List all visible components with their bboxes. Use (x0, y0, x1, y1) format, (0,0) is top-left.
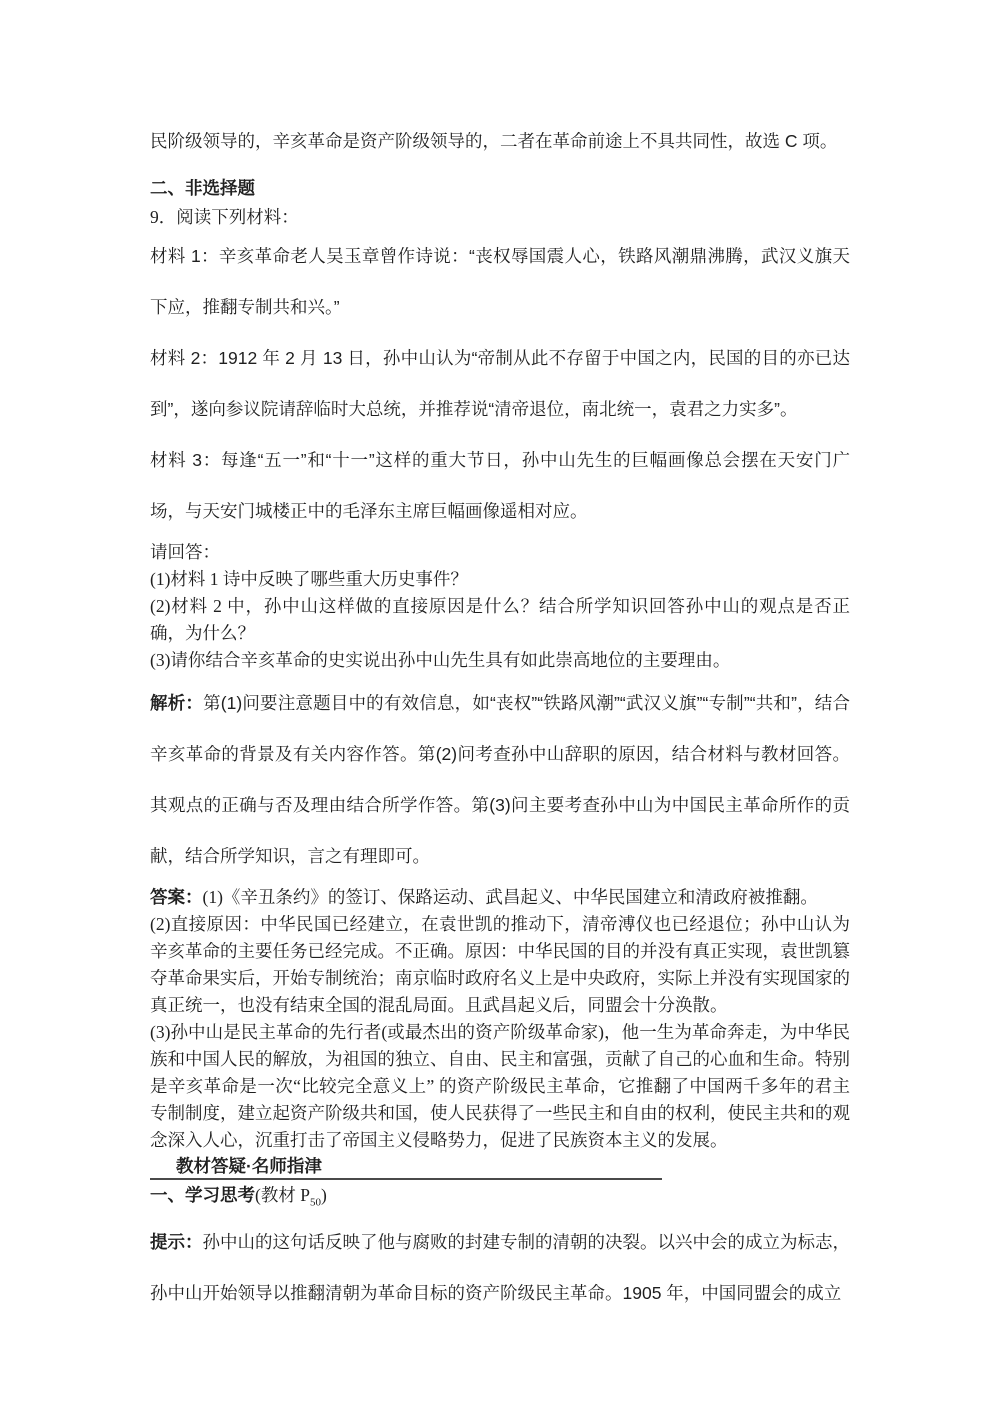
document-page: 民阶级领导的，辛亥革命是资产阶级领导的，二者在革命前途上不具共同性，故选 C 项… (0, 0, 1000, 1414)
question-item-1: (1)材料 1 诗中反映了哪些重大历史事件？ (150, 566, 850, 593)
heading-study-question: 一、学习思考(教材 P50) (150, 1182, 850, 1217)
study-heading-paren-close: ) (321, 1185, 327, 1205)
paragraph-answer-part-3: (3)孙中山是民主革命的先行者(或最杰出的资产阶级革命家)，他一生为革命奔走，为… (150, 1019, 850, 1154)
analysis-body: 第(1)问要注意题目中的有效信息，如“丧权”“铁路风潮”“武汉义旗”“专制”“共… (150, 693, 850, 866)
hint-body: 孙中山的这句话反映了他与腐败的封建专制的清朝的决裂。以兴中会的成立为标志，孙中山… (150, 1232, 850, 1303)
paragraph-hint: 提示：孙中山的这句话反映了他与腐败的封建专制的清朝的决裂。以兴中会的成立为标志，… (150, 1217, 850, 1319)
hint-label: 提示： (150, 1232, 203, 1252)
paragraph-analysis: 解析：第(1)问要注意题目中的有效信息，如“丧权”“铁路风潮”“武汉义旗”“专制… (150, 678, 850, 882)
answer-label: 答案： (150, 887, 203, 907)
line-please-answer: 请回答： (150, 539, 850, 566)
paragraph-answer-part-1: 答案：(1)《辛丑条约》的签订、保路运动、武昌起义、中华民国建立和清政府被推翻。 (150, 884, 850, 911)
question-item-3: (3)请你结合辛亥革命的史实说出孙中山先生具有如此崇高地位的主要理由。 (150, 647, 850, 674)
paragraph-material-2: 材料 2：1912 年 2 月 13 日，孙中山认为“帝制从此不存留于中国之内，… (150, 333, 850, 435)
paragraph-option-c-analysis: 民阶级领导的，辛亥革命是资产阶级领导的，二者在革命前途上不具共同性，故选 C 项… (150, 128, 850, 155)
teacher-guide-title: 教材答疑·名师指津 (176, 1156, 322, 1176)
study-heading-main: 一、学习思考 (150, 1185, 255, 1205)
study-heading-page-subscript: 50 (310, 1197, 321, 1209)
section-header-teacher-guide: 教材答疑·名师指津 (150, 1154, 662, 1180)
analysis-label: 解析： (150, 693, 203, 713)
answer-part-1-text: (1)《辛丑条约》的签订、保路运动、武昌起义、中华民国建立和清政府被推翻。 (203, 887, 818, 907)
analysis-tail: 结合所学知识，言之有理即可。 (185, 846, 430, 866)
paragraph-material-1: 材料 1：辛亥革命老人吴玉章曾作诗说：“丧权辱国震人心，铁路风潮鼎沸腾，武汉义旗… (150, 231, 850, 333)
paragraph-answer-part-2: (2)直接原因：中华民国已经建立，在袁世凯的推动下，清帝溥仪也已经退位；孙中山认… (150, 911, 850, 1019)
paragraph-material-3: 材料 3：每逢“五一”和“十一”这样的重大节日，孙中山先生的巨幅画像总会摆在天安… (150, 435, 850, 537)
study-heading-paren-open: (教材 P (255, 1185, 310, 1205)
line-question-9: 9．阅读下列材料： (150, 204, 850, 231)
question-item-2: (2)材料 2 中，孙中山这样做的直接原因是什么？结合所学知识回答孙中山的观点是… (150, 593, 850, 647)
heading-section-two-non-choice: 二、非选择题 (150, 175, 850, 202)
